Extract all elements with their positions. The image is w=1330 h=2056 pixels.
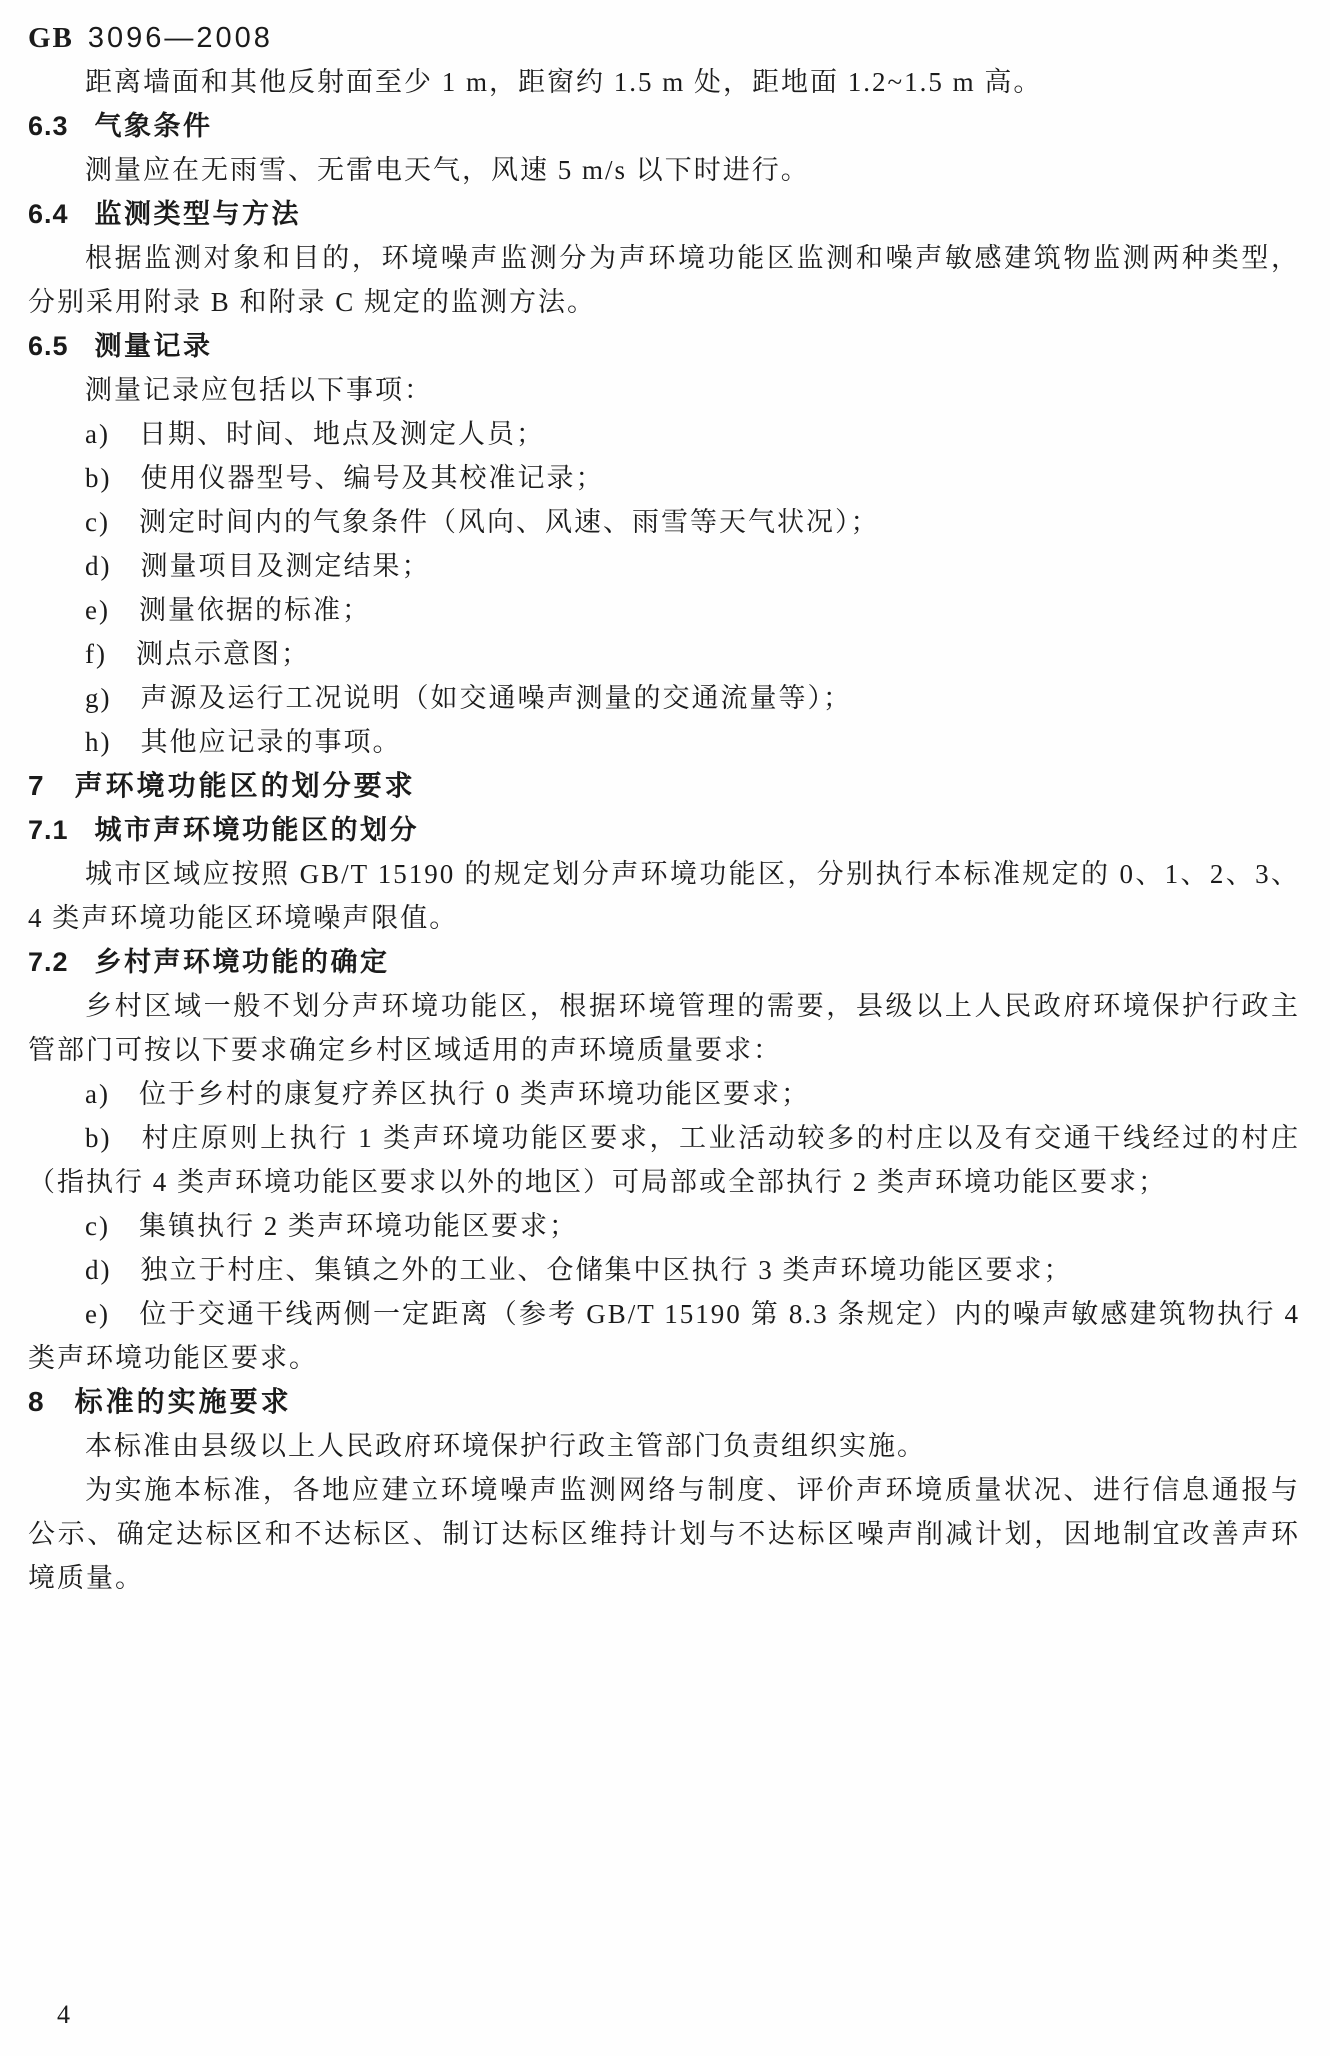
- page-number: 4: [57, 2000, 70, 2030]
- clause-6-5-heading: 6.5测量记录: [28, 324, 1300, 368]
- clause-7-1-paragraph: 城市区域应按照 GB/T 15190 的规定划分声环境功能区，分别执行本标准规定…: [28, 852, 1300, 940]
- chapter-8-paragraph-1: 本标准由县级以上人民政府环境保护行政主管部门负责组织实施。: [28, 1424, 1300, 1468]
- clause-7-2-lead: 乡村区域一般不划分声环境功能区，根据环境管理的需要，县级以上人民政府环境保护行政…: [28, 984, 1300, 1072]
- clause-title: 测量记录: [95, 331, 213, 361]
- clause-number: 6.3: [28, 111, 69, 141]
- clause-6-4-heading: 6.4监测类型与方法: [28, 192, 1300, 236]
- clause-6-4-paragraph: 根据监测对象和目的，环境噪声监测分为声环境功能区监测和噪声敏感建筑物监测两种类型…: [28, 236, 1300, 324]
- clause-number: 6.5: [28, 331, 69, 361]
- list-item-g: g) 声源及运行工况说明（如交通噪声测量的交通流量等）；: [28, 676, 1300, 720]
- clause-number: 6.4: [28, 199, 69, 229]
- list-item-e: e) 位于交通干线两侧一定距离（参考 GB/T 15190 第 8.3 条规定）…: [28, 1292, 1300, 1380]
- list-item-h: h) 其他应记录的事项。: [28, 720, 1300, 764]
- chapter-8-paragraph-2: 为实施本标准，各地应建立环境噪声监测网络与制度、评价声环境质量状况、进行信息通报…: [28, 1468, 1300, 1600]
- list-item-d: d) 测量项目及测定结果；: [28, 544, 1300, 588]
- chapter-number: 7: [28, 770, 45, 801]
- clause-title: 气象条件: [95, 111, 213, 141]
- clause-6-3-paragraph: 测量应在无雨雪、无雷电天气，风速 5 m/s 以下时进行。: [28, 148, 1300, 192]
- list-item-e: e) 测量依据的标准；: [28, 588, 1300, 632]
- clause-6-3-heading: 6.3气象条件: [28, 104, 1300, 148]
- document-page: GB3096—2008 距离墙面和其他反射面至少 1 m，距窗约 1.5 m 处…: [0, 0, 1330, 2056]
- chapter-8-heading: 8标准的实施要求: [28, 1380, 1300, 1424]
- chapter-title: 声环境功能区的划分要求: [75, 770, 416, 801]
- clause-title: 城市声环境功能区的划分: [95, 815, 420, 845]
- list-item-b: b) 村庄原则上执行 1 类声环境功能区要求，工业活动较多的村庄以及有交通干线经…: [28, 1116, 1300, 1204]
- chapter-7-heading: 7声环境功能区的划分要求: [28, 764, 1300, 808]
- clause-title: 监测类型与方法: [95, 199, 302, 229]
- clause-7-1-heading: 7.1城市声环境功能区的划分: [28, 808, 1300, 852]
- list-item-a: a) 位于乡村的康复疗养区执行 0 类声环境功能区要求；: [28, 1072, 1300, 1116]
- clause-number: 7.1: [28, 815, 69, 845]
- clause-7-2-heading: 7.2乡村声环境功能的确定: [28, 940, 1300, 984]
- standard-prefix: GB: [28, 22, 74, 54]
- page-content: GB3096—2008 距离墙面和其他反射面至少 1 m，距窗约 1.5 m 处…: [0, 0, 1330, 1600]
- paragraph-measurement-position: 距离墙面和其他反射面至少 1 m，距窗约 1.5 m 处，距地面 1.2~1.5…: [28, 60, 1300, 104]
- list-item-c: c) 集镇执行 2 类声环境功能区要求；: [28, 1204, 1300, 1248]
- chapter-title: 标准的实施要求: [75, 1386, 292, 1417]
- standard-code-header: GB3096—2008: [28, 0, 1300, 60]
- clause-number: 7.2: [28, 947, 69, 977]
- list-item-b: b) 使用仪器型号、编号及其校准记录；: [28, 456, 1300, 500]
- chapter-number: 8: [28, 1386, 45, 1417]
- clause-6-5-lead: 测量记录应包括以下事项：: [28, 368, 1300, 412]
- list-item-f: f) 测点示意图；: [28, 632, 1300, 676]
- clause-title: 乡村声环境功能的确定: [95, 947, 390, 977]
- list-item-d: d) 独立于村庄、集镇之外的工业、仓储集中区执行 3 类声环境功能区要求；: [28, 1248, 1300, 1292]
- standard-number: 3096—2008: [88, 22, 273, 54]
- list-item-c: c) 测定时间内的气象条件（风向、风速、雨雪等天气状况）；: [28, 500, 1300, 544]
- list-item-a: a) 日期、时间、地点及测定人员；: [28, 412, 1300, 456]
